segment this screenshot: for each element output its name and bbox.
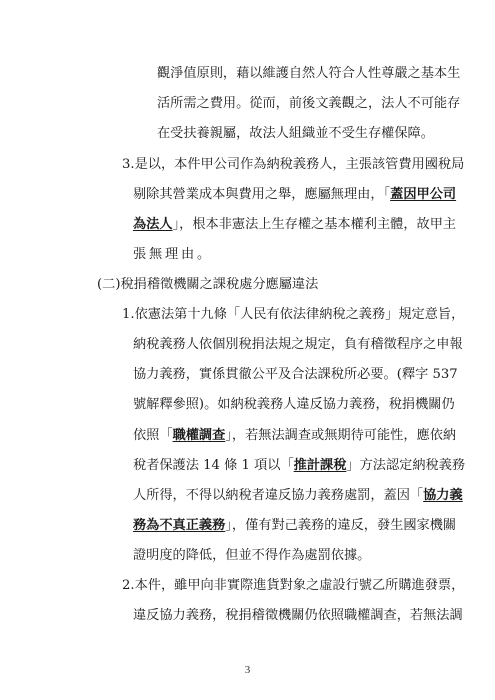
text-segment: 協力義務，實係貫徹公平及合法課稅所必要。(釋字 537 bbox=[133, 367, 458, 382]
text-segment: 3.是以，本件甲公司作為納稅義務人，主張該管費用國稅局 bbox=[122, 157, 464, 172]
text-segment: 納稅義務人依個別稅捐法規之規定，負有稽徵程序之申報 bbox=[133, 337, 463, 352]
emphasized-text: 協力義 bbox=[423, 488, 463, 503]
text-line: 3.是以，本件甲公司作為納稅義務人，主張該管費用國稅局 bbox=[122, 157, 420, 173]
text-line: (二)稅捐稽徵機關之課稅處分應屬違法 bbox=[97, 277, 297, 293]
text-segment: 人所得，不得以納稅者違反協力義務處罰，蓋因「 bbox=[133, 488, 423, 503]
text-segment: 剔除其營業成本與費用之舉，應屬無理由，「 bbox=[133, 187, 390, 202]
emphasized-text: 推計課稅 bbox=[294, 458, 347, 473]
text-line: 剔除其營業成本與費用之舉，應屬無理由，「蓋因甲公司 bbox=[133, 187, 420, 203]
text-segment: 觀淨值原則，藉以維護自然人符合人性尊嚴之基本生 bbox=[157, 66, 460, 81]
text-line: 在受扶養親屬，故法人組織並不受生存權保障。 bbox=[157, 126, 402, 142]
text-line: 違反協力義務，稅捐稽徵機關仍依照職權調查，若無法調 bbox=[133, 608, 420, 624]
text-segment: 」方法認定納稅義務 bbox=[346, 458, 465, 473]
text-segment: 張無理由。 bbox=[133, 247, 213, 262]
text-line: 張無理由。 bbox=[133, 247, 213, 263]
text-line: 依照「職權調查」，若無法調查或無期待可能性，應依納 bbox=[133, 428, 420, 444]
text-segment: 在受扶養親屬，故法人組織並不受生存權保障。 bbox=[157, 126, 434, 141]
text-segment: (二)稅捐稽徵機關之課稅處分應屬違法 bbox=[97, 277, 318, 292]
text-line: 觀淨值原則，藉以維護自然人符合人性尊嚴之基本生 bbox=[157, 66, 420, 82]
text-segment: 」，根本非憲法上生存權之基本權利主體，故甲主 bbox=[173, 217, 457, 232]
emphasized-text: 務為不真正義務 bbox=[133, 518, 225, 533]
emphasized-text: 蓋因甲公司 bbox=[390, 187, 456, 202]
text-line: 1.依憲法第十九條「人民有依法律納稅之義務」規定意旨， bbox=[122, 307, 420, 323]
text-segment: 稅者保護法 14 條 1 項以「 bbox=[133, 458, 294, 473]
text-segment: 依照「 bbox=[133, 428, 173, 443]
page-number: 3 bbox=[0, 664, 495, 676]
text-segment: 」，僅有對己義務的違反，發生國家機關 bbox=[225, 518, 456, 533]
text-line: 協力義務，實係貫徹公平及合法課稅所必要。(釋字 537 bbox=[133, 367, 420, 383]
text-line: 務為不真正義務」，僅有對己義務的違反，發生國家機關 bbox=[133, 518, 420, 534]
text-line: 稅者保護法 14 條 1 項以「推計課稅」方法認定納稅義務 bbox=[133, 458, 420, 474]
text-line: 2.本件，雖甲向非實際進貨對象之虛設行號乙所購進發票， bbox=[122, 578, 420, 594]
text-line: 活所需之費用。從而，前後文義觀之，法人不可能存 bbox=[157, 96, 420, 112]
emphasized-text: 職權調查 bbox=[173, 428, 226, 443]
text-line: 為法人」，根本非憲法上生存權之基本權利主體，故甲主 bbox=[133, 217, 420, 233]
text-line: 證明度的降低，但並不得作為處罰依據。 bbox=[133, 548, 348, 564]
text-segment: 1.依憲法第十九條「人民有依法律納稅之義務」規定意旨， bbox=[122, 307, 464, 322]
text-segment: 證明度的降低，但並不得作為處罰依據。 bbox=[133, 548, 370, 563]
text-segment: 」，若無法調查或無期待可能性，應依納 bbox=[225, 428, 456, 443]
text-line: 納稅義務人依個別稅捐法規之規定，負有稽徵程序之申報 bbox=[133, 337, 420, 353]
text-segment: 號解釋參照)。如納稅義務人違反協力義務，稅捐機關仍 bbox=[133, 397, 455, 412]
text-segment: 違反協力義務，稅捐稽徵機關仍依照職權調查，若無法調 bbox=[133, 608, 463, 623]
text-line: 人所得，不得以納稅者違反協力義務處罰，蓋因「協力義 bbox=[133, 488, 420, 504]
document-page: 觀淨值原則，藉以維護自然人符合人性尊嚴之基本生活所需之費用。從而，前後文義觀之，… bbox=[0, 0, 495, 700]
text-segment: 活所需之費用。從而，前後文義觀之，法人不可能存 bbox=[157, 96, 460, 111]
text-line: 號解釋參照)。如納稅義務人違反協力義務，稅捐機關仍 bbox=[133, 397, 420, 413]
text-segment: 2.本件，雖甲向非實際進貨對象之虛設行號乙所購進發票， bbox=[122, 578, 464, 593]
emphasized-text: 為法人 bbox=[133, 217, 173, 232]
